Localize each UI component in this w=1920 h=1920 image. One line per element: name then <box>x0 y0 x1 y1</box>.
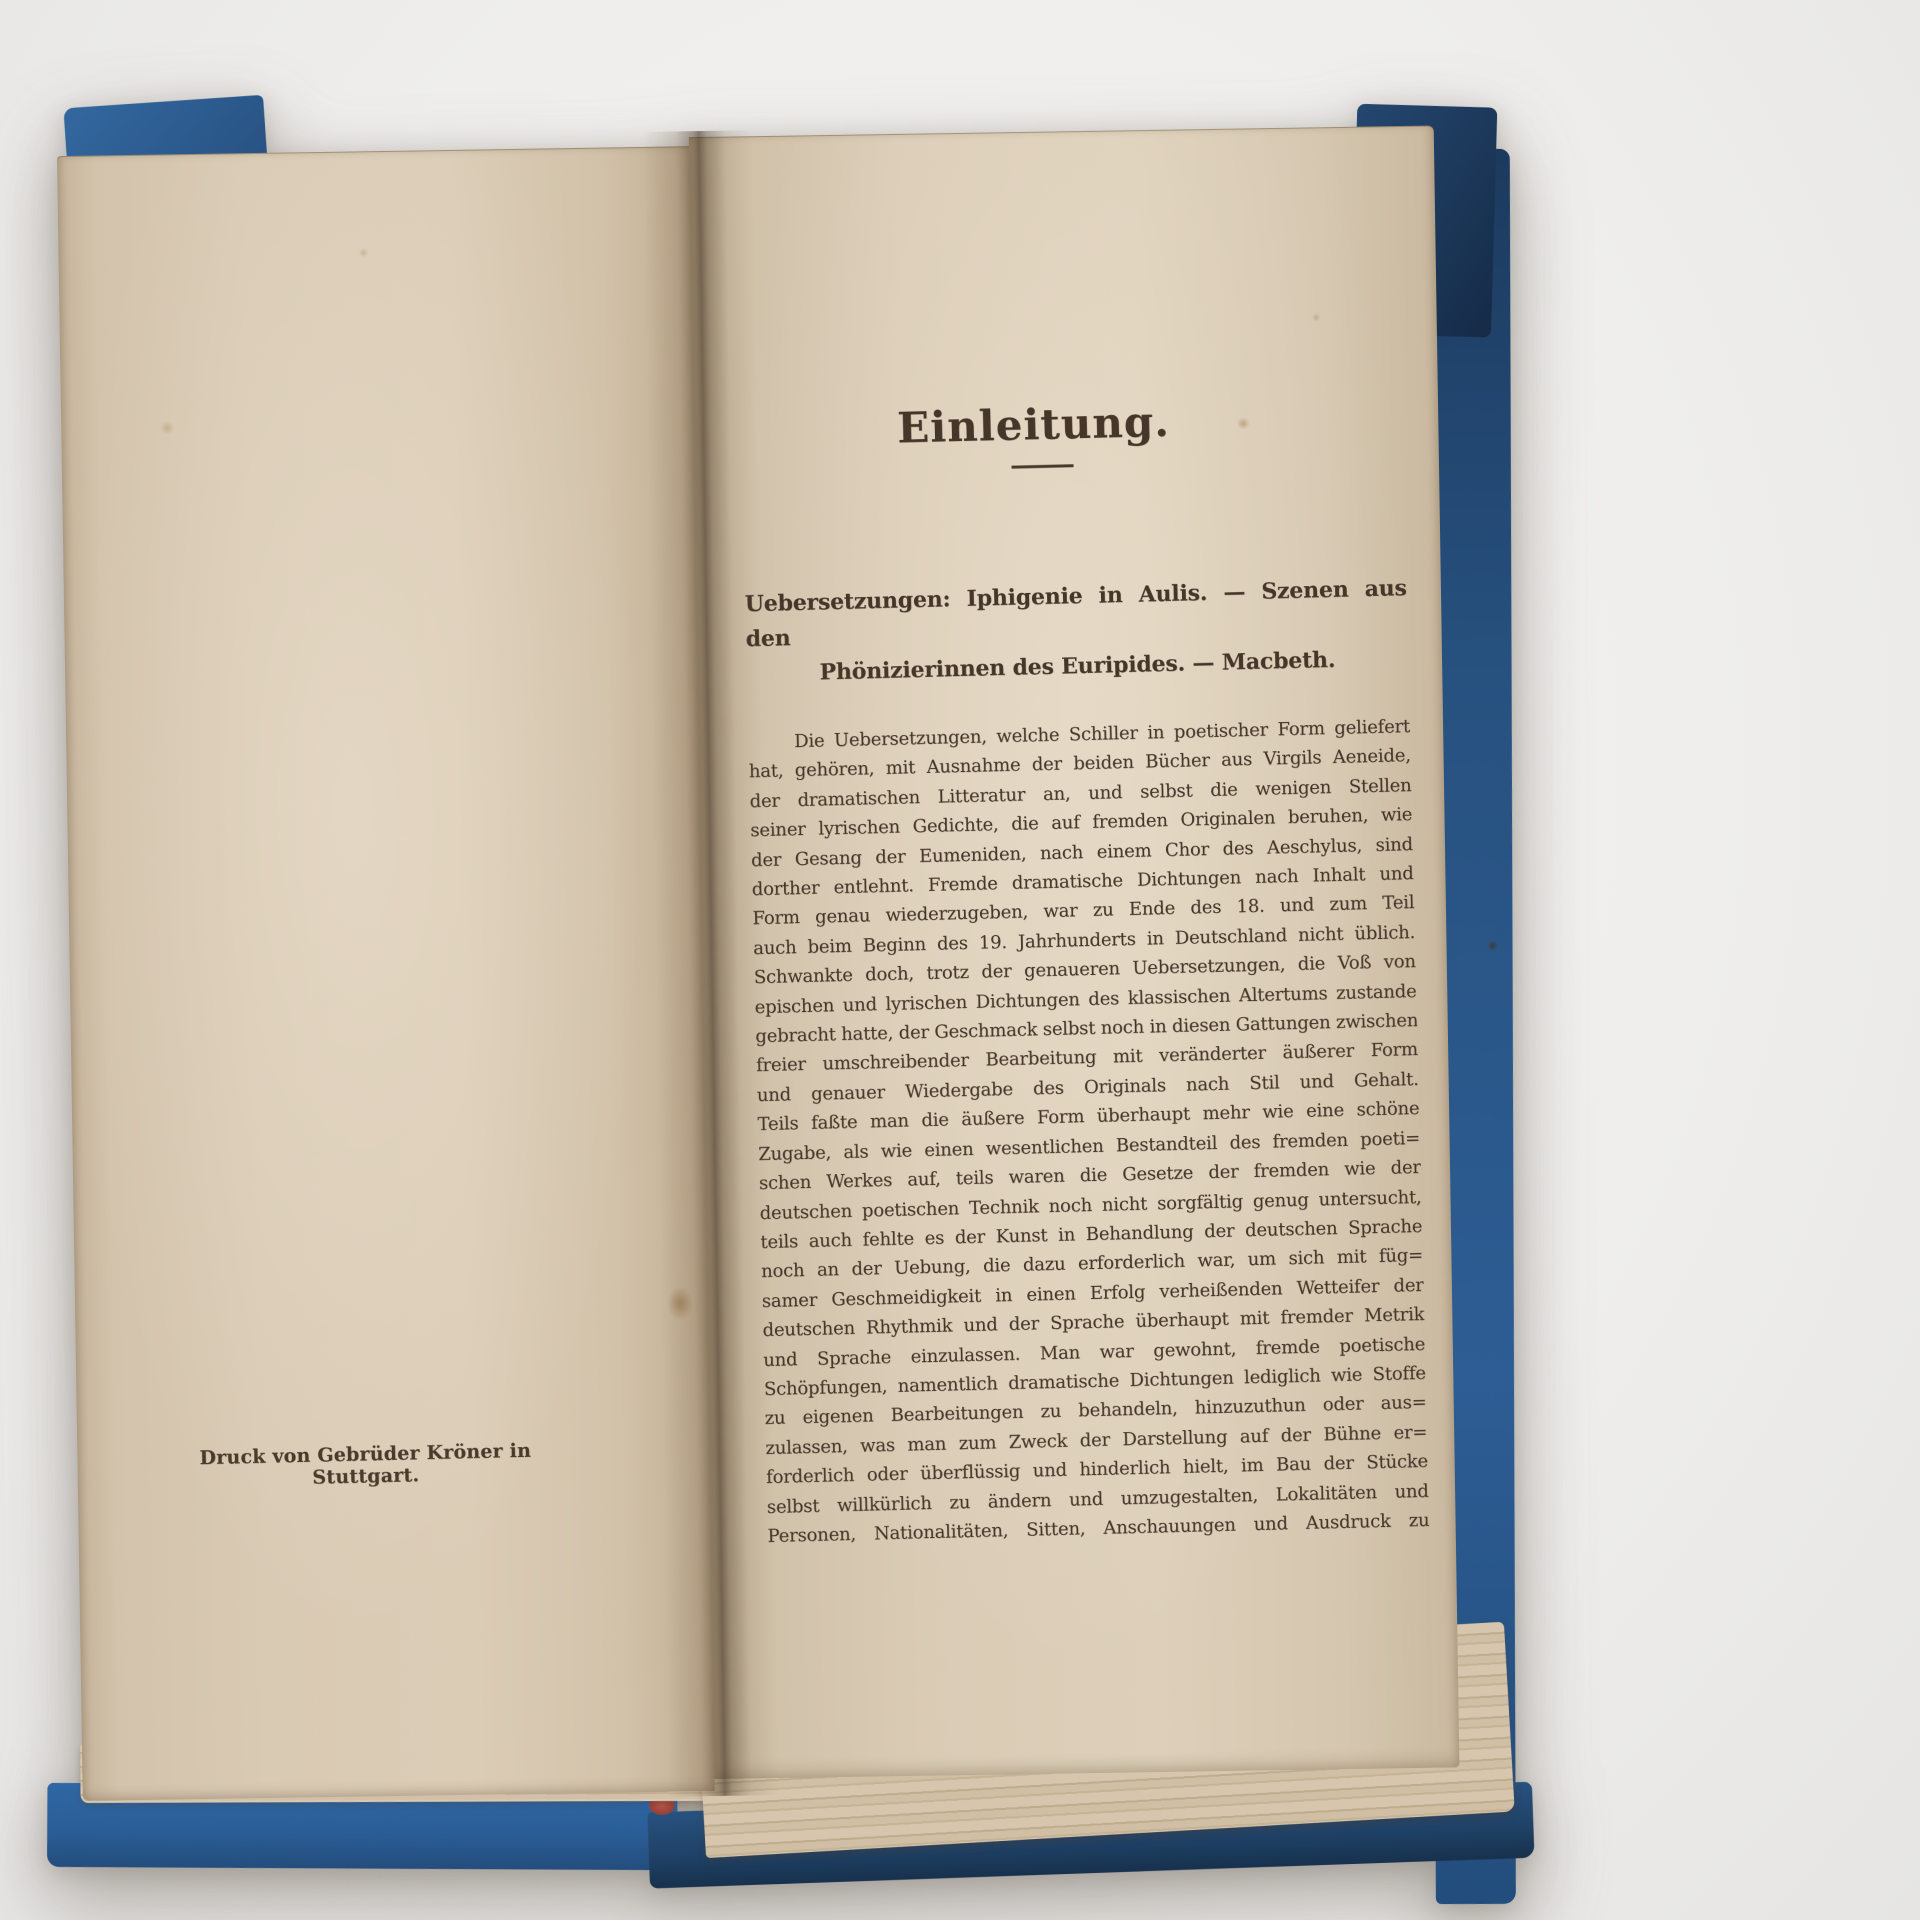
left-page: Druck von Gebrüder Kröner in Stuttgart. <box>57 146 715 1801</box>
printer-imprint: Druck von Gebrüder Kröner in Stuttgart. <box>155 1439 576 1493</box>
chapter-title: Einleitung. <box>702 392 1365 457</box>
right-page: Einleitung. Uebersetzungen: Iphigenie in… <box>689 126 1460 1779</box>
body-paragraph: Die Uebersetzungen, welche Schiller in p… <box>748 712 1430 1551</box>
photo-background: Druck von Gebrüder Kröner in Stuttgart. … <box>0 0 1920 1920</box>
chapter-subject-heading: Uebersetzungen: Iphigenie in Aulis. — Sz… <box>744 571 1408 692</box>
right-page-text-block: Einleitung. Uebersetzungen: Iphigenie in… <box>740 391 1430 1551</box>
open-book: Druck von Gebrüder Kröner in Stuttgart. … <box>26 79 1519 1882</box>
title-rule <box>1012 464 1074 469</box>
